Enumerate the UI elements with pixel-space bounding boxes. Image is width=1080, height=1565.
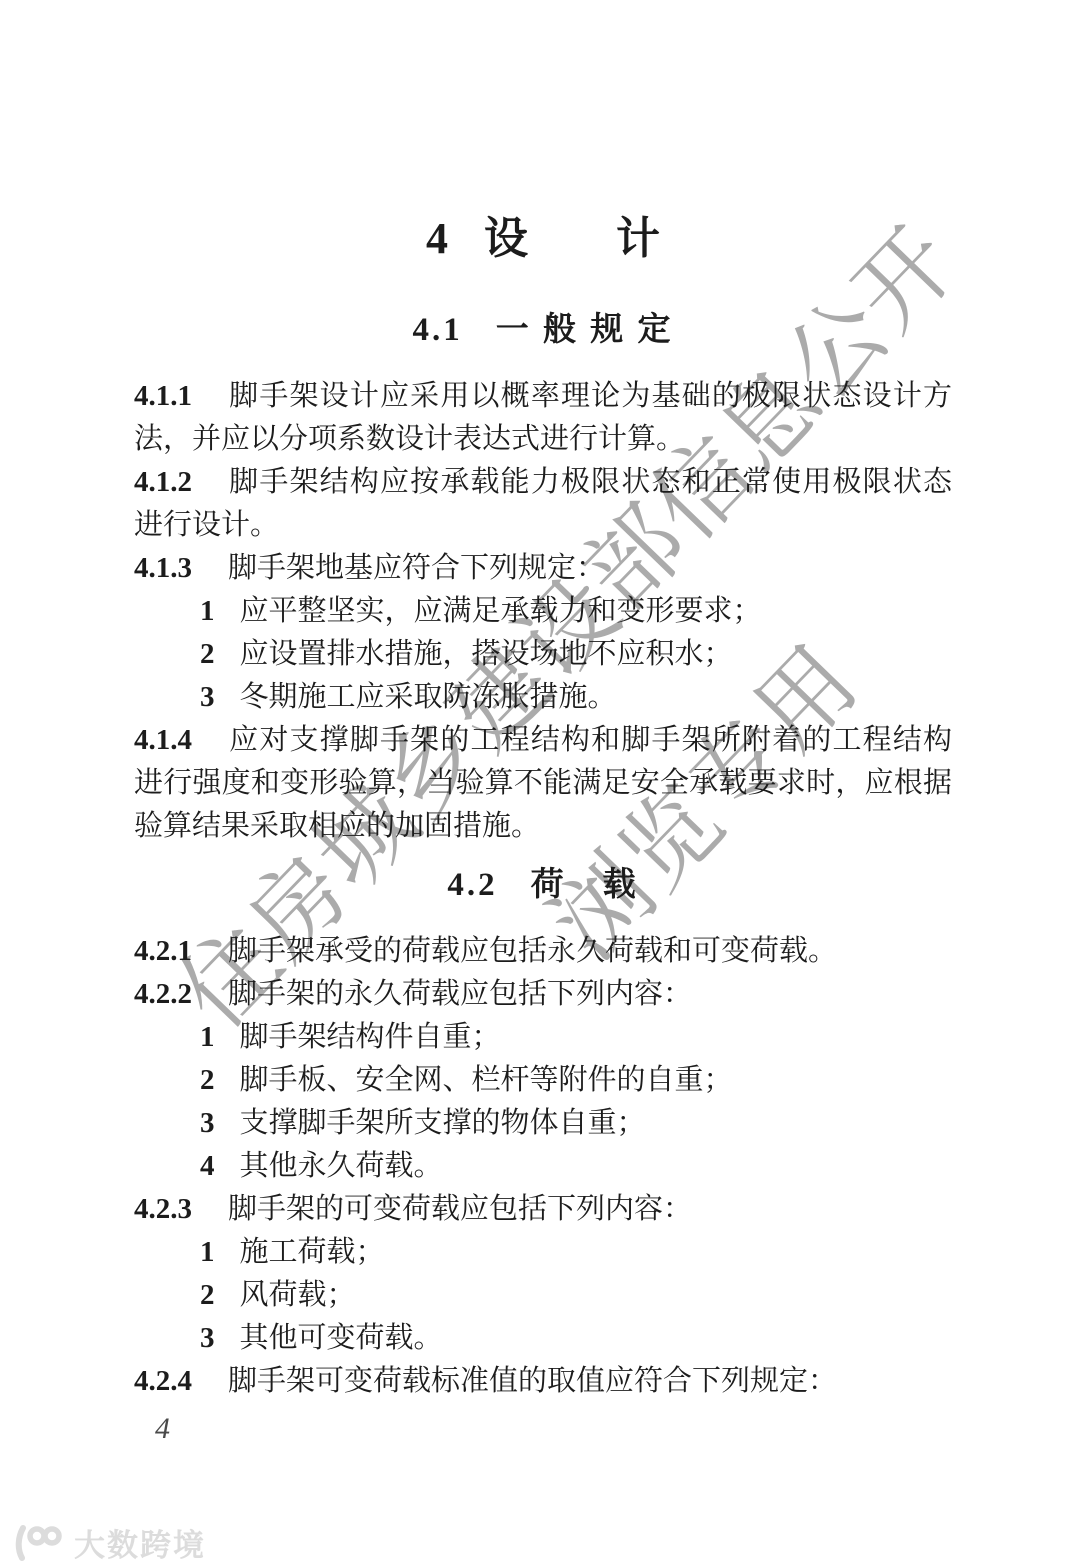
- line: 4.1.1脚手架设计应采用以概率理论为基础的极限状态设计方: [134, 375, 952, 418]
- clause-4.1.4: 4.1.4应对支撑脚手架的工程结构和脚手架所附着的工程结构进行强度和变形验算，当…: [134, 719, 952, 848]
- line: 4.2.3脚手架的可变荷载应包括下列内容：: [134, 1188, 952, 1231]
- line-text: 脚手架可变荷载标准值的取值应符合下列规定：: [228, 1365, 837, 1397]
- section-text: 荷 载: [531, 867, 639, 903]
- clause-num: 4.2.3: [134, 1193, 192, 1225]
- page-number: 4: [155, 1412, 170, 1446]
- section-heading: 4.2荷 载: [134, 864, 952, 906]
- item: 1施工荷载；: [134, 1231, 952, 1274]
- line-text: 脚手架地基应符合下列规定：: [228, 552, 605, 584]
- line-text: 脚手架结构应按承载能力极限状态和正常使用极限状态: [228, 466, 952, 498]
- page: 住房城乡建设部信息公开 浏览专用 4设 计4.1一 般 规 定4.1.1脚手架设…: [0, 0, 1080, 1565]
- clause-4.1.3: 4.1.3脚手架地基应符合下列规定：: [134, 547, 952, 590]
- line: 4.2.1脚手架承受的荷载应包括永久荷载和可变荷载。: [134, 930, 952, 973]
- section-num: 4.1: [413, 312, 463, 348]
- line: 4.1.3脚手架地基应符合下列规定：: [134, 547, 952, 590]
- line: 4.2.2脚手架的永久荷载应包括下列内容：: [134, 973, 952, 1016]
- clause-num: 4.2.4: [134, 1365, 192, 1397]
- item: 2应设置排水措施，搭设场地不应积水；: [134, 633, 952, 676]
- item: 1应平整坚实，应满足承载力和变形要求；: [134, 590, 952, 633]
- item: 2脚手板、安全网、栏杆等附件的自重；: [134, 1059, 952, 1102]
- footer-logo-icon: [12, 1523, 64, 1563]
- item-num: 1: [200, 1236, 215, 1268]
- clause-num: 4.1.4: [134, 724, 192, 756]
- line-text: 应设置排水措施，搭设场地不应积水；: [240, 638, 733, 670]
- chapter-title: 4设 计: [134, 212, 952, 266]
- item-num: 2: [200, 638, 215, 670]
- clause-4.2.4: 4.2.4脚手架可变荷载标准值的取值应符合下列规定：: [134, 1360, 952, 1403]
- section-num: 4.2: [447, 867, 497, 903]
- item: 1脚手架结构件自重；: [134, 1016, 952, 1059]
- item-num: 3: [200, 1107, 215, 1139]
- line-text: 脚手架设计应采用以概率理论为基础的极限状态设计方: [228, 380, 952, 412]
- section-heading: 4.1一 般 规 定: [134, 309, 952, 351]
- line-text: 脚手架的可变荷载应包括下列内容：: [228, 1193, 692, 1225]
- clause-4.1.2: 4.1.2脚手架结构应按承载能力极限状态和正常使用极限状态进行设计。: [134, 461, 952, 547]
- line-text: 脚手架的永久荷载应包括下列内容：: [228, 978, 692, 1010]
- item-num: 4: [200, 1150, 215, 1182]
- line-text: 脚手板、安全网、栏杆等附件的自重；: [240, 1064, 733, 1096]
- chapter-text: 设 计: [484, 214, 660, 263]
- line-text: 支撑脚手架所支撑的物体自重；: [240, 1107, 646, 1139]
- line-text: 其他可变荷载。: [240, 1322, 443, 1354]
- clause-num: 4.2.2: [134, 978, 192, 1010]
- clause-4.2.3: 4.2.3脚手架的可变荷载应包括下列内容：: [134, 1188, 952, 1231]
- item: 4其他永久荷载。: [134, 1145, 952, 1188]
- line-text: 脚手架承受的荷载应包括永久荷载和可变荷载。: [228, 935, 837, 967]
- clause-num: 4.1.2: [134, 466, 192, 498]
- line: 进行强度和变形验算，当验算不能满足安全承载要求时，应根据: [134, 762, 952, 805]
- line-text: 风荷载；: [240, 1279, 356, 1311]
- item-num: 2: [200, 1279, 215, 1311]
- clause-4.2.1: 4.2.1脚手架承受的荷载应包括永久荷载和可变荷载。: [134, 930, 952, 973]
- chapter-num: 4: [426, 214, 448, 263]
- line: 法，并应以分项系数设计表达式进行计算。: [134, 418, 952, 461]
- item-num: 1: [200, 1021, 215, 1053]
- line-text: 进行设计。: [134, 509, 279, 541]
- item: 3冬期施工应采取防冻胀措施。: [134, 676, 952, 719]
- line-text: 其他永久荷载。: [240, 1150, 443, 1182]
- clause-num: 4.1.1: [134, 380, 192, 412]
- line: 进行设计。: [134, 504, 952, 547]
- document-body: 4设 计4.1一 般 规 定4.1.1脚手架设计应采用以概率理论为基础的极限状态…: [134, 212, 952, 1403]
- line-text: 冬期施工应采取防冻胀措施。: [240, 681, 617, 713]
- item: 3其他可变荷载。: [134, 1317, 952, 1360]
- section-text: 一 般 规 定: [496, 312, 674, 348]
- line: 4.2.4脚手架可变荷载标准值的取值应符合下列规定：: [134, 1360, 952, 1403]
- line-text: 法，并应以分项系数设计表达式进行计算。: [134, 423, 685, 455]
- line: 4.1.2脚手架结构应按承载能力极限状态和正常使用极限状态: [134, 461, 952, 504]
- line: 验算结果采取相应的加固措施。: [134, 805, 952, 848]
- item-num: 2: [200, 1064, 215, 1096]
- item: 3支撑脚手架所支撑的物体自重；: [134, 1102, 952, 1145]
- line: 4.1.4应对支撑脚手架的工程结构和脚手架所附着的工程结构: [134, 719, 952, 762]
- line-text: 脚手架结构件自重；: [240, 1021, 501, 1053]
- item: 2风荷载；: [134, 1274, 952, 1317]
- item-num: 1: [200, 595, 215, 627]
- footer-watermark: 大数跨境: [12, 1520, 206, 1565]
- clause-num: 4.2.1: [134, 935, 192, 967]
- line-text: 施工荷载；: [240, 1236, 385, 1268]
- line-text: 应平整坚实，应满足承载力和变形要求；: [240, 595, 762, 627]
- item-num: 3: [200, 681, 215, 713]
- clause-num: 4.1.3: [134, 552, 192, 584]
- clause-4.2.2: 4.2.2脚手架的永久荷载应包括下列内容：: [134, 973, 952, 1016]
- item-num: 3: [200, 1322, 215, 1354]
- clause-4.1.1: 4.1.1脚手架设计应采用以概率理论为基础的极限状态设计方法，并应以分项系数设计…: [134, 375, 952, 461]
- line-text: 进行强度和变形验算，当验算不能满足安全承载要求时，应根据: [134, 767, 952, 799]
- line-text: 验算结果采取相应的加固措施。: [134, 810, 540, 842]
- line-text: 应对支撑脚手架的工程结构和脚手架所附着的工程结构: [228, 724, 952, 756]
- footer-watermark-text: 大数跨境: [74, 1520, 206, 1565]
